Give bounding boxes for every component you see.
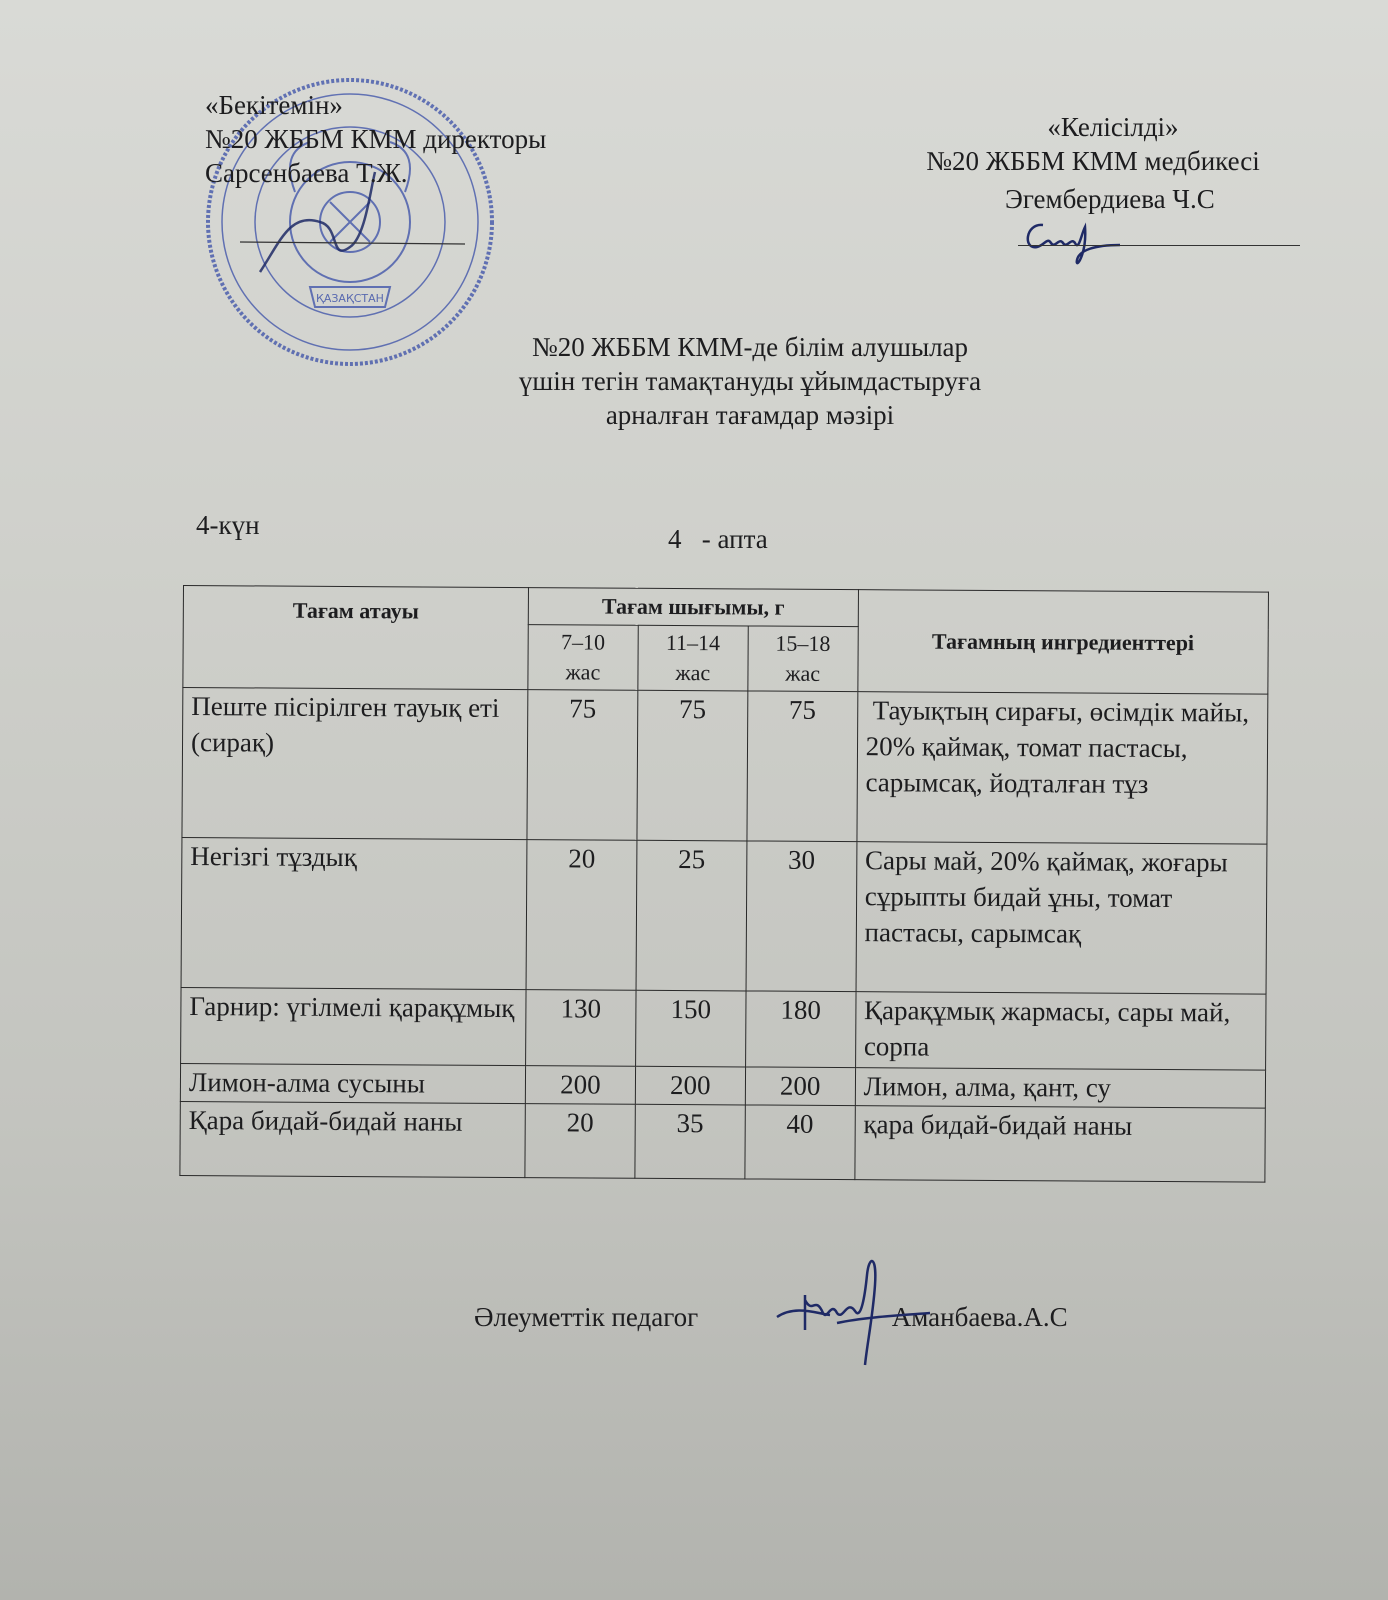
menu-table: Тағам атауы Тағам шығымы, г Тағамның инг… xyxy=(179,585,1269,1183)
dish-name: Лимон-алма сусыны xyxy=(180,1063,525,1103)
footer-role: Әлеуметтік педагог xyxy=(474,1302,698,1332)
day-label: 4-күн xyxy=(196,508,260,542)
header-ingredients: Тағамның ингредиенттері xyxy=(858,590,1269,695)
approved-label: «Бекітемін» xyxy=(205,88,546,122)
dish-name: Пеште пісірілген тауық еті (сирақ) xyxy=(182,688,528,840)
header-yield: Тағам шығымы, г xyxy=(528,588,858,627)
yield-15-18: 40 xyxy=(745,1105,855,1180)
age-range: 15–18 xyxy=(750,628,855,659)
title-line-3: арналған тағамдар мәзірі xyxy=(430,398,1070,432)
yield-7-10: 20 xyxy=(526,840,637,991)
ingredients: қара бидай-бидай наны xyxy=(855,1106,1266,1183)
yield-11-14: 35 xyxy=(635,1104,745,1179)
ingredients: Лимон, алма, қант, су xyxy=(855,1068,1266,1109)
table-row: Гарнир: үгілмелі қарақұмық 130 150 180 Қ… xyxy=(181,987,1266,1070)
ingredients: Сары май, 20% қаймақ, жоғары сұрыпты бид… xyxy=(856,842,1267,995)
nurse-signature-icon xyxy=(1015,215,1125,270)
table-header-row: Тағам атауы Тағам шығымы, г Тағамның инг… xyxy=(183,586,1268,630)
document-title: №20 ЖББМ КММ-де білім алушылар үшін тегі… xyxy=(430,330,1070,432)
table-row: Қара бидай-бидай наны 20 35 40 қара бида… xyxy=(180,1101,1265,1182)
svg-text:ҚАЗАҚСТАН: ҚАЗАҚСТАН xyxy=(316,292,384,305)
yield-15-18: 180 xyxy=(745,991,855,1068)
title-line-1: №20 ЖББМ КММ-де білім алушылар xyxy=(430,330,1070,364)
approved-name: Сарсенбаева Т.Ж. xyxy=(205,156,546,190)
footer-signoff: Әлеуметтік педагог Аманбаева.А.С xyxy=(474,1300,1068,1334)
agreed-name: Эгембердиева Ч.С xyxy=(1005,182,1215,216)
dish-name: Гарнир: үгілмелі қарақұмық xyxy=(181,987,526,1065)
yield-7-10: 75 xyxy=(527,690,638,841)
ingredients: Қарақұмық жармасы, сары май, сорпа xyxy=(855,992,1266,1071)
approved-role: №20 ЖББМ КММ директоры xyxy=(205,122,546,156)
yield-11-14: 75 xyxy=(637,690,748,841)
age-range: 11–14 xyxy=(640,628,745,659)
table-row: Негізгі тұздық 20 25 30 Сары май, 20% қа… xyxy=(181,837,1267,994)
yield-11-14: 25 xyxy=(636,840,747,991)
table-row: Лимон-алма сусыны 200 200 200 Лимон, алм… xyxy=(180,1063,1265,1108)
signature-line xyxy=(1018,245,1300,246)
yield-15-18: 75 xyxy=(747,691,858,842)
social-pedagogue-signature-icon xyxy=(775,1255,935,1385)
approved-block: «Бекітемін» №20 ЖББМ КММ директоры Сарсе… xyxy=(205,88,546,190)
age-unit: жас xyxy=(530,657,635,688)
dish-name: Негізгі тұздық xyxy=(181,837,527,989)
yield-7-10: 130 xyxy=(526,990,636,1067)
dish-name: Қара бидай-бидай наны xyxy=(180,1101,525,1177)
age-range: 7–10 xyxy=(531,627,636,658)
agreed-role: №20 ЖББМ КММ медбикесі xyxy=(888,144,1298,178)
yield-7-10: 200 xyxy=(525,1066,635,1105)
age-unit: жас xyxy=(640,658,745,689)
title-line-2: үшін тегін тамақтануды ұйымдастыруға xyxy=(430,364,1070,398)
week-label: 4 - апта xyxy=(668,522,768,556)
header-age-15-18: 15–18 жас xyxy=(748,626,858,692)
header-age-7-10: 7–10 жас xyxy=(528,625,638,691)
agreed-label: «Келісілді» xyxy=(888,110,1298,144)
header-dish-name: Тағам атауы xyxy=(183,586,529,690)
yield-15-18: 200 xyxy=(745,1067,855,1106)
header-age-11-14: 11–14 жас xyxy=(638,625,748,691)
yield-11-14: 150 xyxy=(635,990,745,1067)
age-unit: жас xyxy=(750,658,855,689)
yield-15-18: 30 xyxy=(746,841,857,992)
agreed-block: «Келісілді» №20 ЖББМ КММ медбикесі xyxy=(888,110,1298,178)
yield-7-10: 20 xyxy=(525,1104,635,1179)
ingredients: Тауықтың сирағы, өсімдік майы, 20% қайма… xyxy=(857,692,1268,845)
table-row: Пеште пісірілген тауық еті (сирақ) 75 75… xyxy=(182,688,1268,845)
yield-11-14: 200 xyxy=(635,1066,745,1105)
